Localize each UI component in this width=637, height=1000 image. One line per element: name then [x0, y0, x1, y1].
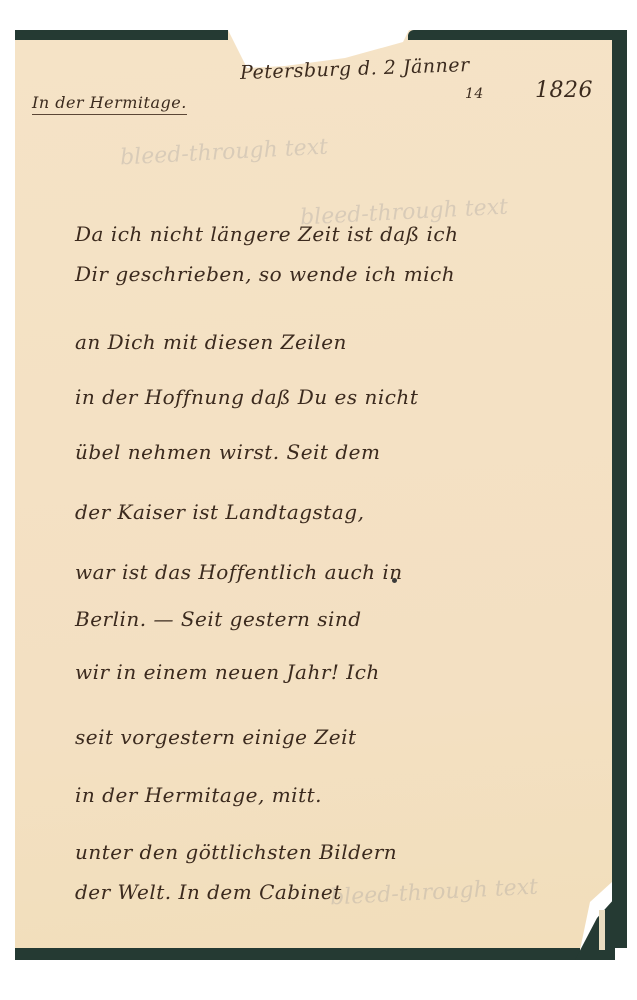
body-line: wir in einem neuen Jahr! Ich [75, 660, 380, 684]
mourning-border-right [612, 30, 627, 948]
body-line: Berlin. — Seit gestern sind [75, 607, 362, 631]
body-line: unter den göttlichsten Bildern [75, 840, 397, 864]
body-line: Da ich nicht längere Zeit ist daß ich [75, 222, 459, 246]
body-line: an Dich mit diesen Zeilen [75, 330, 347, 354]
date-secondary: 14 [465, 86, 484, 102]
ink-spot [392, 578, 397, 583]
mourning-border-top-left [15, 30, 228, 40]
body-line: der Welt. In dem Cabinet [75, 880, 342, 904]
body-line: war ist das Hoffentlich auch in [75, 560, 403, 584]
mourning-border-top-right [408, 30, 627, 40]
body-line: in der Hermitage, mitt. [75, 783, 322, 807]
body-line: Dir geschrieben, so wende ich mich [75, 262, 455, 286]
body-line: übel nehmen wirst. Seit dem [75, 440, 380, 464]
folded-corner-edge [599, 910, 605, 950]
body-line: der Kaiser ist Landtagstag, [75, 500, 364, 524]
body-line: in der Hoffnung daß Du es nicht [75, 385, 418, 409]
body-line: seit vorgestern einige Zeit [75, 725, 357, 749]
year: 1826 [535, 78, 593, 103]
mourning-border-bottom [15, 948, 580, 960]
recipient-line: In der Hermitage. [32, 93, 187, 115]
